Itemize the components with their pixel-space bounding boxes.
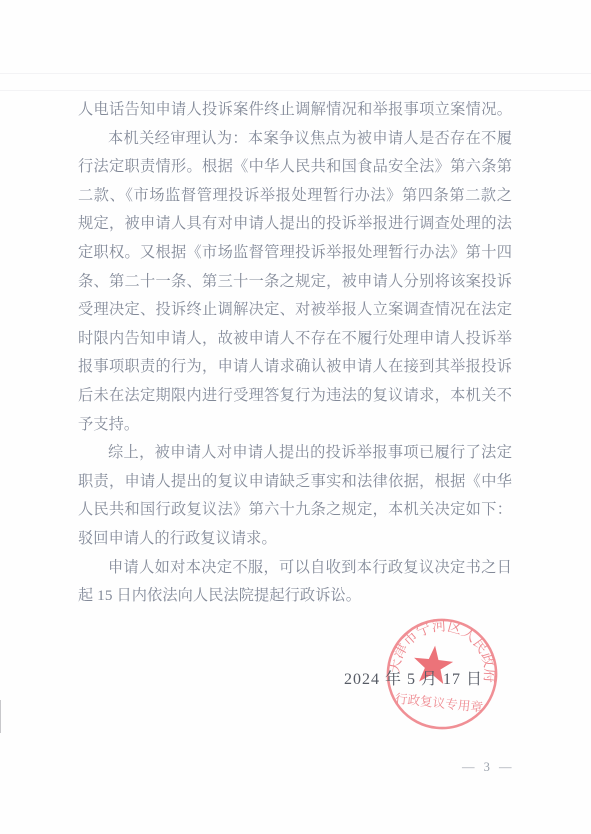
text-line: 行法定职责情形。根据《中华人民共和国食品安全法》第六条第	[78, 153, 512, 182]
document-body: 人电话告知申请人投诉案件终止调解情况和举报事项立案情况。本机关经审理认为：本案争…	[78, 96, 512, 611]
text-line: 受理决定、投诉终止调解决定、对被举报人立案调查情况在法定	[78, 296, 512, 325]
text-line: 时限内告知申请人，故被申请人不存在不履行处理申请人投诉举	[78, 325, 512, 354]
text-line: 予支持。	[78, 411, 512, 440]
text-line: 报事项职责的行为，申请人请求确认被申请人在接到其举报投诉	[78, 353, 512, 382]
text-line: 起 15 日内依法向人民法院提起行政诉讼。	[78, 582, 512, 611]
scanned-document-page: 人电话告知申请人投诉案件终止调解情况和举报事项立案情况。本机关经审理认为：本案争…	[0, 0, 591, 834]
text-line: 驳回申请人的行政复议请求。	[78, 525, 512, 554]
text-line: 人电话告知申请人投诉案件终止调解情况和举报事项立案情况。	[78, 96, 512, 125]
scan-artifact-line	[0, 90, 591, 91]
text-line: 本机关经审理认为：本案争议焦点为被申请人是否存在不履	[78, 125, 512, 154]
text-line: 后未在法定期限内进行受理答复行为违法的复议请求，本机关不	[78, 382, 512, 411]
text-line: 规定，被申请人具有对申请人提出的投诉举报进行调查处理的法	[78, 210, 512, 239]
scan-artifact-line	[0, 73, 591, 74]
text-line: 定职权。又根据《市场监督管理投诉举报处理暂行办法》第十四	[78, 239, 512, 268]
text-line: 综上，被申请人对申请人提出的投诉举报事项已履行了法定	[78, 439, 512, 468]
page-number: — 3 —	[462, 760, 515, 775]
text-line: 条、第二十一条、第三十一条之规定，被申请人分别将该案投诉	[78, 268, 512, 297]
scan-artifact-edge	[0, 700, 1, 733]
text-line: 人民共和国行政复议法》第六十九条之规定，本机关决定如下：	[78, 496, 512, 525]
seal-bottom-text: 行政复议专用章	[394, 691, 484, 715]
date-text: 2024 年 5 月 17 日	[344, 666, 483, 689]
text-line: 二款、《市场监督管理投诉举报处理暂行办法》第四条第二款之	[78, 182, 512, 211]
text-line: 申请人如对本决定不服，可以自收到本行政复议决定书之日	[78, 554, 512, 583]
text-line: 职责，申请人提出的复议申请缺乏事实和法律依据，根据《中华	[78, 468, 512, 497]
